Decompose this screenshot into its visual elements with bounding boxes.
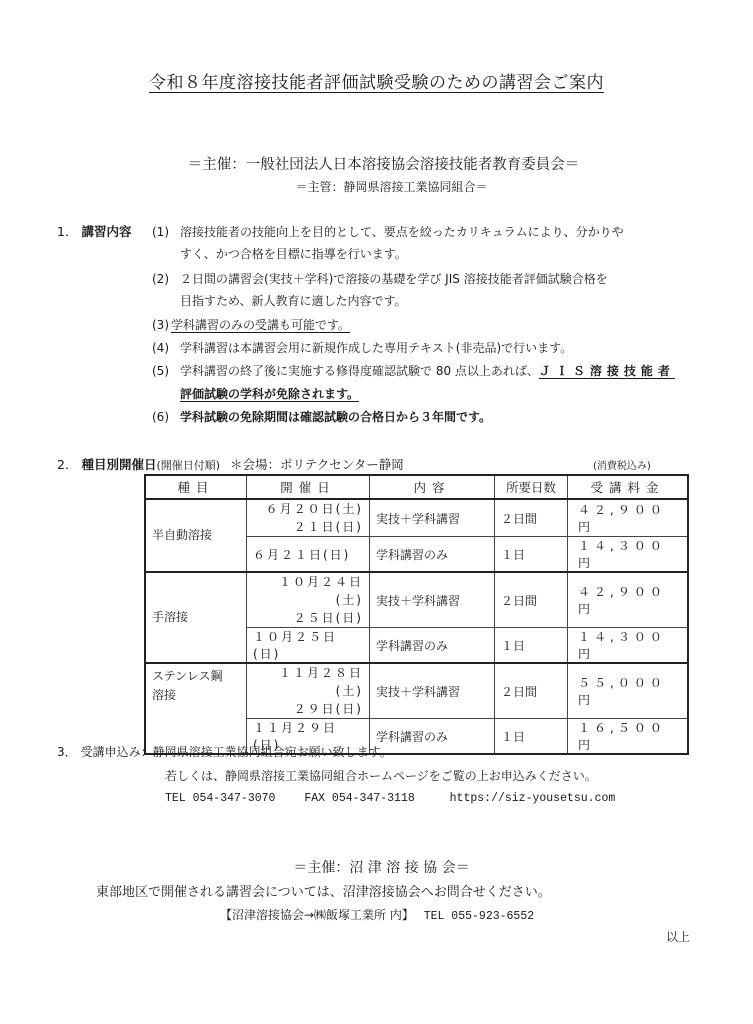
section1-item-5-cont: 評価試験の学科が免除されます。	[180, 385, 369, 402]
header-content: 内容	[370, 475, 495, 499]
item-emphasis: 評価試験の学科が免除されます。	[180, 387, 369, 401]
header-date: 開催日	[247, 475, 370, 499]
days-cell: １日	[495, 537, 568, 573]
document-title-text: 令和８年度溶接技能者評価試験受験のための講習会ご案内	[149, 73, 604, 93]
section1-number: 1．	[57, 224, 77, 239]
item-text: 学科講習のみの受講も可能です。	[169, 318, 362, 332]
manager-text: ＝主管：静岡県溶接工業協同組合＝	[295, 180, 487, 194]
section3-text: 静岡県溶接工業協同組合宛お願い致します。	[153, 745, 392, 759]
header-category: 種目	[145, 475, 247, 499]
item-text: 学科講習は本講習会用に新規作成した専用テキスト(非売品)で行います。	[180, 341, 572, 355]
closing-mark: 以上	[666, 928, 690, 945]
table-row: 半自動溶接 ６月２０日(土) ２１日(日) 実技＋学科講習 ２日間 ４２,９００…	[145, 499, 688, 537]
fax-text: FAX 054-347-3118	[304, 792, 414, 805]
fee-cell: １６,５００円	[568, 719, 689, 755]
numazu-contact: 【沼津溶接協会→㈱飯塚工業所 内】 TEL 055-923-6552	[220, 906, 534, 923]
section3-title: 受講申込み：	[81, 745, 153, 759]
item-text: ２日間の講習会(実技＋学科)で溶接の基礎を学び JIS 溶接技能者評価試験合格を	[180, 272, 608, 286]
section3-number: 3．	[57, 745, 77, 759]
section2-title: 種目別開催日	[81, 457, 156, 472]
section1-title: 講習内容	[81, 224, 131, 239]
numazu-host-text: ＝主催：沼 津 溶 接 協 会＝	[293, 860, 469, 876]
schedule-table: 種目 開催日 内容 所要日数 受講料金 半自動溶接 ６月２０日(土) ２１日(日…	[144, 474, 689, 755]
section3-line2: 若しくは、静岡県溶接工業協同組合ホームページをご覧の上お申込みください。	[165, 767, 597, 784]
date-end: ２９日(日)	[253, 700, 363, 718]
item-text: 溶接技能者の技能向上を目的として、要点を絞ったカリキュラムにより、分かりや	[180, 225, 624, 239]
item-number: (6)	[152, 410, 180, 424]
section1-item-4: (4)学科講習は本講習会用に新規作成した専用テキスト(非売品)で行います。	[152, 339, 572, 356]
header-days: 所要日数	[495, 475, 568, 499]
date-cell: ６月２１日(日)	[247, 537, 370, 573]
tax-note: (消費税込み)	[593, 457, 651, 472]
fee-cell: ４２,９００円	[568, 499, 689, 537]
item-number: (3)	[152, 318, 169, 332]
numazu-host: ＝主催：沼 津 溶 接 協 会＝	[0, 857, 753, 877]
date-end: ２５日(日)	[253, 609, 363, 627]
fee-cell: ４２,９００円	[568, 572, 689, 628]
date-start: １０月２４日(土)	[253, 573, 363, 609]
document-title: 令和８年度溶接技能者評価試験受験のための講習会ご案内	[0, 68, 753, 93]
section1-item-2: (2)２日間の講習会(実技＋学科)で溶接の基礎を学び JIS 溶接技能者評価試験…	[152, 270, 608, 287]
content-cell: 学科講習のみ	[370, 628, 495, 664]
host-line: ＝主催：一般社団法人日本溶接協会溶接技能者教育委員会＝	[0, 153, 753, 174]
numazu-note: 東部地区で開催される講習会については、沼津溶接協会へお問合せください。	[96, 881, 551, 900]
date-end: ２１日(日)	[253, 518, 363, 536]
content-cell: 学科講習のみ	[370, 537, 495, 573]
days-cell: １日	[495, 719, 568, 755]
item-text: 学科試験の免除期間は確認試験の合格日から３年間です。	[180, 410, 491, 424]
content-cell: 実技＋学科講習	[370, 663, 495, 719]
header-fee: 受講料金	[568, 475, 689, 499]
numazu-contact-text: 【沼津溶接協会→㈱飯塚工業所 内】	[220, 908, 414, 922]
section1-item-1-cont: すく、かつ合格を目標に指導を行います。	[180, 245, 407, 262]
group-stainless: ステンレス鋼 溶接 １１月２８日(土) ２９日(日) 実技＋学科講習 ２日間 ５…	[145, 663, 688, 754]
date-cell: ６月２０日(土) ２１日(日)	[247, 499, 370, 537]
category-cell: 半自動溶接	[145, 499, 247, 572]
section1-heading: 1．講習内容	[57, 222, 131, 240]
category-line: ステンレス鋼	[152, 667, 240, 686]
fee-cell: ５５,０００円	[568, 663, 689, 719]
numazu-tel: TEL 055-923-6552	[424, 910, 534, 923]
date-cell: １１月２８日(土) ２９日(日)	[247, 663, 370, 719]
category-cell: 手溶接	[145, 572, 247, 663]
manager-line: ＝主管：静岡県溶接工業協同組合＝	[0, 178, 753, 195]
days-cell: ２日間	[495, 572, 568, 628]
section2-note: (開催日付順)	[156, 459, 220, 472]
group-manual: 手溶接 １０月２４日(土) ２５日(日) 実技＋学科講習 ２日間 ４２,９００円…	[145, 572, 688, 663]
date-start: ６月２０日(土)	[253, 500, 363, 518]
content-cell: 実技＋学科講習	[370, 499, 495, 537]
table-row: 手溶接 １０月２４日(土) ２５日(日) 実技＋学科講習 ２日間 ４２,９００円	[145, 572, 688, 628]
section2-heading: 2．種目別開催日(開催日付順) ＊会場：ポリテクセンター静岡	[57, 455, 404, 473]
item-text: すく、かつ合格を目標に指導を行います。	[180, 247, 407, 261]
days-cell: １日	[495, 628, 568, 664]
section2-number: 2．	[57, 457, 77, 472]
item-number: (5)	[152, 364, 180, 378]
date-cell: １０月２４日(土) ２５日(日)	[247, 572, 370, 628]
section3-line1: 3．受講申込み：静岡県溶接工業協同組合宛お願い致します。	[57, 743, 392, 760]
section3-contacts: TEL 054-347-3070 FAX 054-347-3118 https:…	[165, 792, 615, 805]
item-number: (4)	[152, 341, 180, 355]
group-semi-auto: 半自動溶接 ６月２０日(土) ２１日(日) 実技＋学科講習 ２日間 ４２,９００…	[145, 499, 688, 572]
item-number: (1)	[152, 225, 180, 239]
section1-item-5: (5)学科講習の終了後に実施する修得度確認試験で 80 点以上あれば、ＪＩＳ溶接…	[152, 362, 675, 379]
item-text: 目指すため、新人教育に適した内容です。	[180, 294, 407, 308]
tel-text: TEL 054-347-3070	[165, 792, 275, 805]
item-number: (2)	[152, 272, 180, 286]
table-header-row: 種目 開催日 内容 所要日数 受講料金	[145, 475, 688, 499]
date-cell: １０月２５日(日)	[247, 628, 370, 664]
category-line: 溶接	[152, 686, 240, 705]
item-emphasis: ＪＩＳ溶接技能者	[539, 364, 675, 378]
section1-item-1: (1)溶接技能者の技能向上を目的として、要点を絞ったカリキュラムにより、分かりや	[152, 223, 624, 240]
days-cell: ２日間	[495, 663, 568, 719]
section1-item-2-cont: 目指すため、新人教育に適した内容です。	[180, 292, 407, 309]
fee-cell: １４,３００円	[568, 628, 689, 664]
section1-item-6: (6)学科試験の免除期間は確認試験の合格日から３年間です。	[152, 408, 491, 425]
host-text: ＝主催：一般社団法人日本溶接協会溶接技能者教育委員会＝	[188, 157, 580, 173]
venue-text: ＊会場：ポリテクセンター静岡	[230, 457, 404, 472]
days-cell: ２日間	[495, 499, 568, 537]
item-text: 学科講習の終了後に実施する修得度確認試験で 80 点以上あれば、	[180, 364, 539, 378]
date-start: １１月２８日(土)	[253, 664, 363, 700]
content-cell: 実技＋学科講習	[370, 572, 495, 628]
section1-item-3: (3)学科講習のみの受講も可能です。	[152, 316, 362, 333]
website-link[interactable]: https://siz-yousetsu.com	[450, 792, 616, 805]
table-row: ステンレス鋼 溶接 １１月２８日(土) ２９日(日) 実技＋学科講習 ２日間 ５…	[145, 663, 688, 719]
fee-cell: １４,３００円	[568, 537, 689, 573]
category-cell: ステンレス鋼 溶接	[145, 663, 247, 754]
